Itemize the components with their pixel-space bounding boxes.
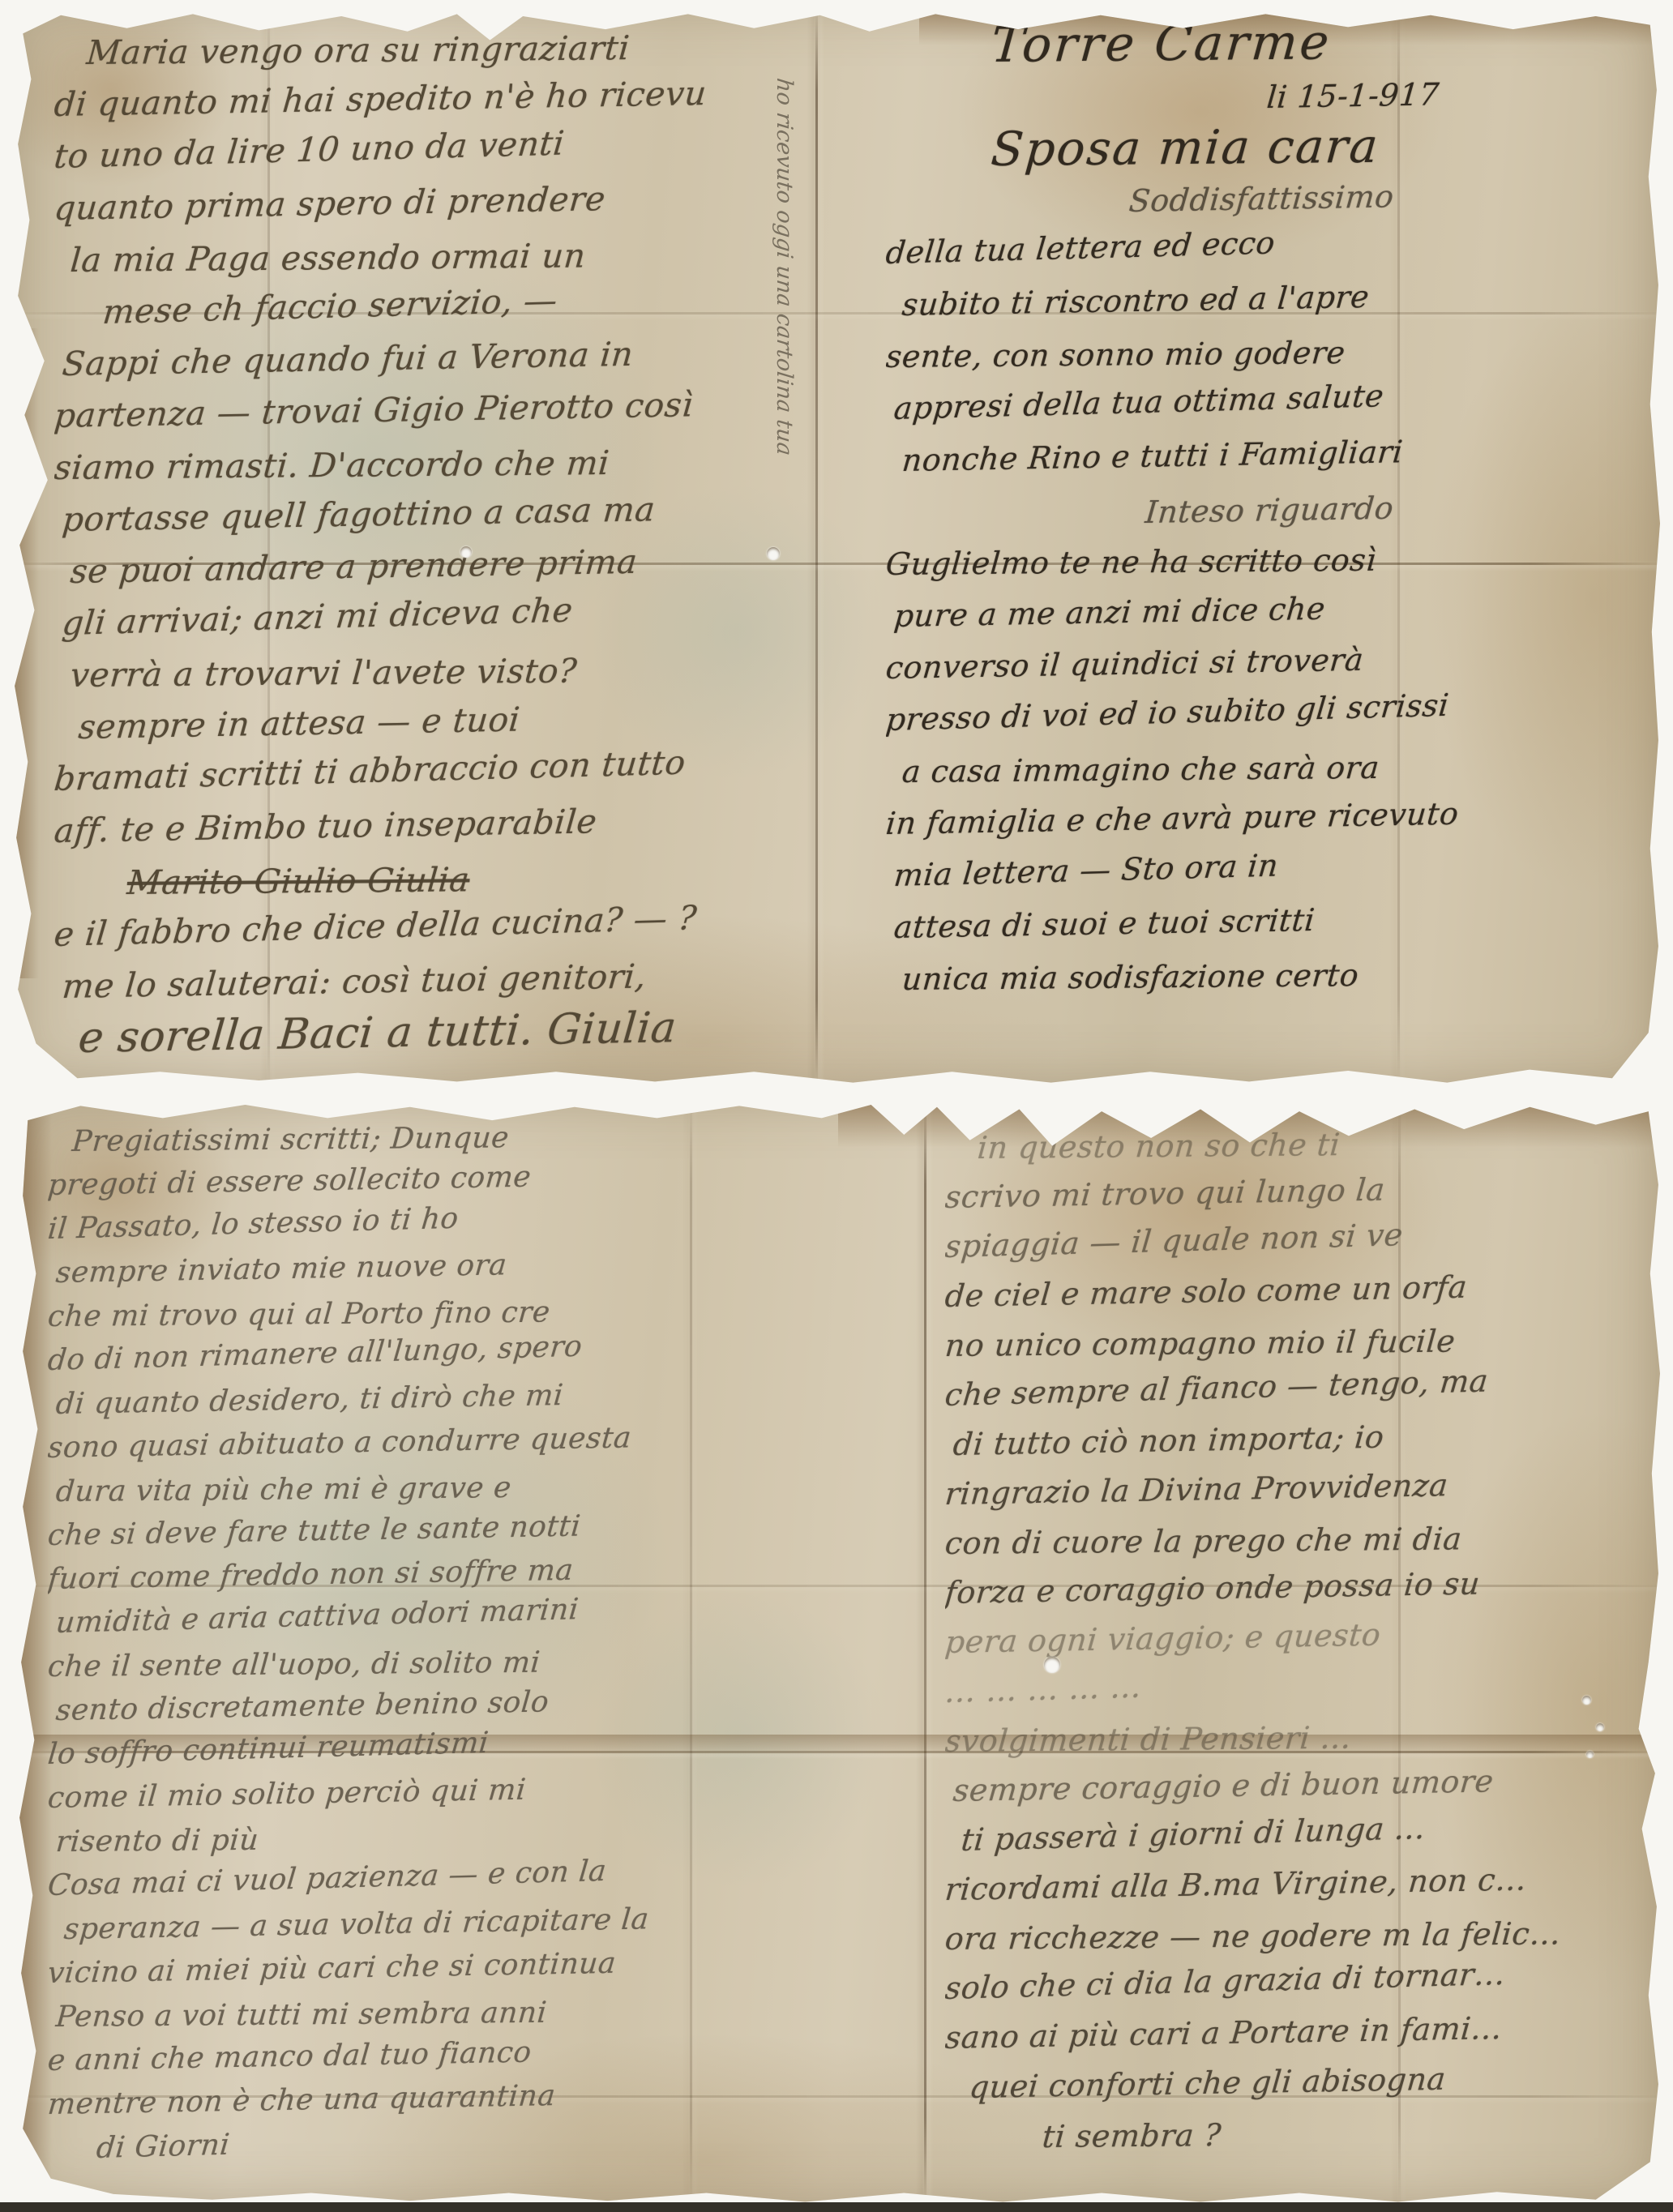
letter-sheet-2: Pregiatissimi scritti; Dunquepregoti di … (15, 1096, 1662, 2206)
vertical-fold-line (924, 1096, 926, 2206)
handwritten-line: unica mia sodisfazione certo (901, 947, 1637, 1005)
handwritten-line: Inteso riguardo (1143, 477, 1637, 538)
page-1-left-handwriting: Maria vengo ora su ringraziartidi quanto… (54, 27, 822, 1067)
worn-edge-left (15, 1096, 52, 2206)
handwritten-line: subito ti riscontro ed a l'apre (900, 266, 1637, 331)
margin-note-vertical: ho ricevuto oggi una cartolina tua (772, 76, 797, 456)
paper-hole (1586, 1751, 1594, 1758)
letter-place: Torre Carme (990, 19, 1637, 71)
paper-hole (460, 546, 472, 558)
paper-hole (1044, 1657, 1060, 1673)
letter-date: li 15-1-917 (1264, 65, 1637, 123)
page-1-right-body: Sposa mia caraSoddisfattissimodella tua … (886, 123, 1637, 1005)
handwritten-line: Sposa mia cara (990, 118, 1637, 175)
page-1-right-handwriting: Torre Carme li 15-1-917 Sposa mia caraSo… (886, 19, 1637, 1071)
letter-sheet-1: Maria vengo ora su ringraziartidi quanto… (11, 3, 1662, 1087)
handwritten-line: ti sembra ? (1041, 2107, 1645, 2163)
scanner-edge-strip (0, 2202, 1673, 2212)
page-2-left-handwriting: Pregiatissimi scritti; Dunquepregoti di … (48, 1120, 905, 2192)
letter-scan: Maria vengo ora su ringraziartidi quanto… (0, 0, 1673, 2212)
handwritten-line: quei conforti che gli abisogna (967, 2052, 1645, 2113)
paper-hole (1596, 1723, 1604, 1731)
worn-edge-left (11, 328, 39, 978)
